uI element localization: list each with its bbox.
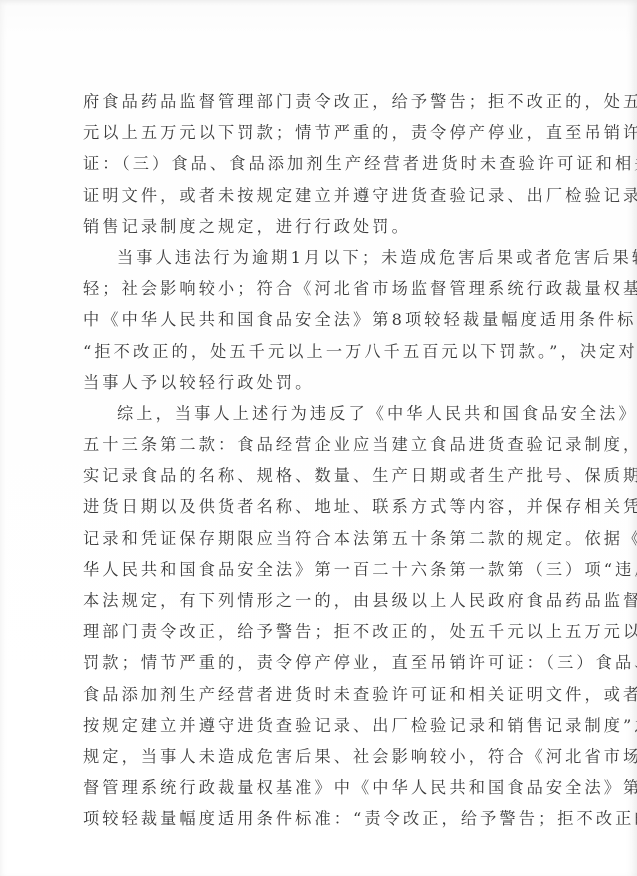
text-line: 当事人予以较轻行政处罚。	[83, 367, 587, 398]
text-line: 证明文件，或者未按规定建立并遵守进货查验记录、出厂检验记录和	[83, 180, 587, 211]
text-line: 进货日期以及供货者名称、地址、联系方式等内容，并保存相关凭证。	[83, 491, 587, 522]
text-line: 轻；社会影响较小；符合《河北省市场监督管理系统行政裁量权基准》	[83, 273, 587, 304]
text-line: 规定，当事人未造成危害后果、社会影响较小，符合《河北省市场监	[83, 741, 587, 772]
text-line: 证：（三）食品、食品添加剂生产经营者进货时未查验许可证和相关	[83, 148, 587, 179]
text-line: 销售记录制度之规定，进行行政处罚。	[83, 211, 587, 242]
text-line: 理部门责令改正，给予警告；拒不改正的，处五千元以上五万元以下	[83, 616, 587, 647]
text-line: 元以上五万元以下罚款；情节严重的，责令停产停业，直至吊销许可	[83, 117, 587, 148]
scanned-page: 府食品药品监督管理部门责令改正，给予警告；拒不改正的，处五千 元以上五万元以下罚…	[0, 0, 637, 876]
text-line: 中《中华人民共和国食品安全法》第8项较轻裁量幅度适用条件标准：	[83, 304, 587, 335]
text-line: 记录和凭证保存期限应当符合本法第五十条第二款的规定。依据《中	[83, 523, 587, 554]
text-line: 本法规定，有下列情形之一的，由县级以上人民政府食品药品监督管	[83, 585, 587, 616]
text-line: 综上，当事人上述行为违反了《中华人民共和国食品安全法》第	[83, 398, 587, 429]
text-line: 当事人违法行为逾期1月以下；未造成危害后果或者危害后果较	[83, 242, 587, 273]
text-line: 府食品药品监督管理部门责令改正，给予警告；拒不改正的，处五千	[83, 86, 587, 117]
text-line: “拒不改正的，处五千元以上一万八千五百元以下罚款。”，决定对	[83, 336, 587, 367]
text-line: 五十三条第二款：食品经营企业应当建立食品进货查验记录制度，如	[83, 429, 587, 460]
text-line: 实记录食品的名称、规格、数量、生产日期或者生产批号、保质期、	[83, 460, 587, 491]
text-line: 华人民共和国食品安全法》第一百二十六条第一款第（三）项“违反	[83, 554, 587, 585]
paragraph-2: 当事人违法行为逾期1月以下；未造成危害后果或者危害后果较 轻；社会影响较小；符合…	[83, 242, 587, 398]
text-line: 督管理系统行政裁量权基准》中《中华人民共和国食品安全法》第8	[83, 772, 587, 803]
paragraph-1: 府食品药品监督管理部门责令改正，给予警告；拒不改正的，处五千 元以上五万元以下罚…	[83, 86, 587, 242]
text-line: 项较轻裁量幅度适用条件标准：“责令改正，给予警告；拒不改正的，	[83, 803, 587, 834]
text-line: 按规定建立并遵守进货查验记录、出厂检验记录和销售记录制度”之	[83, 710, 587, 741]
text-line: 罚款；情节严重的，责令停产停业，直至吊销许可证：（三）食品、	[83, 647, 587, 678]
document-body: 府食品药品监督管理部门责令改正，给予警告；拒不改正的，处五千 元以上五万元以下罚…	[83, 86, 587, 835]
text-line: 食品添加剂生产经营者进货时未查验许可证和相关证明文件，或者未	[83, 679, 587, 710]
paragraph-3: 综上，当事人上述行为违反了《中华人民共和国食品安全法》第 五十三条第二款：食品经…	[83, 398, 587, 835]
